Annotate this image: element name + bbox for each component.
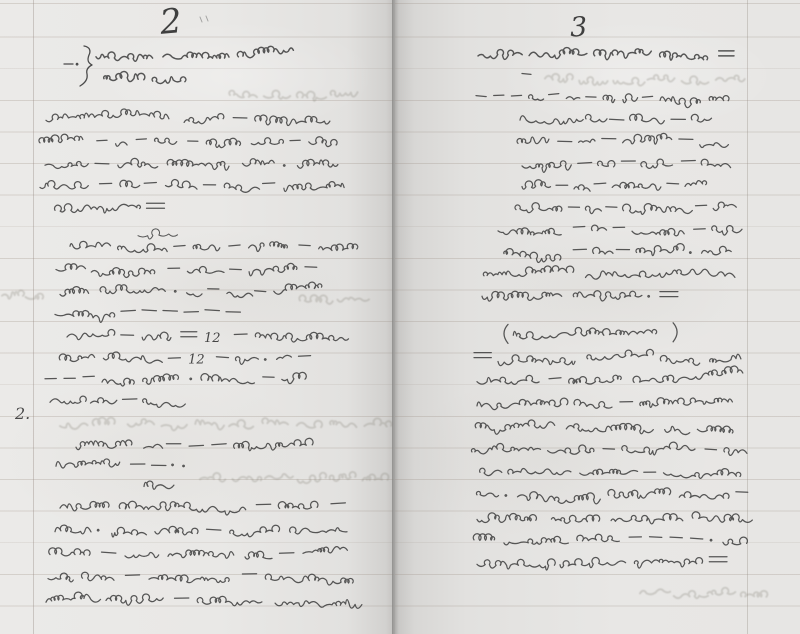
margin-marks <box>64 16 208 86</box>
manuscript-line <box>477 512 752 524</box>
manuscript-line <box>474 349 741 365</box>
manuscript-line <box>60 501 345 515</box>
manuscript-line <box>476 488 747 504</box>
manuscript-line <box>48 572 353 585</box>
manuscript-line <box>476 94 729 108</box>
bleedthrough-ghost <box>640 588 767 598</box>
manuscript-line <box>515 202 736 214</box>
manuscript-line <box>144 481 174 489</box>
manuscript-line <box>45 372 306 386</box>
manuscript-line <box>471 442 746 455</box>
manuscript-line: 12 <box>67 330 349 346</box>
manuscript-line <box>522 74 531 75</box>
manuscript-line <box>477 398 732 410</box>
brace-mark <box>64 46 92 86</box>
manuscript-line <box>473 534 747 545</box>
manuscript-line: 12 <box>59 352 310 367</box>
manuscript-line <box>76 438 313 450</box>
manuscript-line <box>46 592 362 608</box>
manuscript-line <box>498 225 742 236</box>
manuscript-line <box>40 180 344 193</box>
manuscript-line <box>477 366 743 384</box>
bleedthrough-ghosts <box>2 74 767 598</box>
manuscript-line <box>478 48 734 61</box>
bleedthrough-ghost <box>200 472 389 483</box>
bleedthrough-ghost <box>229 91 357 101</box>
stray-mark <box>200 16 208 22</box>
manuscript-line <box>517 133 728 147</box>
manuscript-text: 1212 <box>39 46 752 608</box>
manuscript-line <box>522 159 731 172</box>
bleedthrough-ghost <box>545 74 745 86</box>
bleedthrough-ghost <box>60 418 392 431</box>
manuscript-line <box>46 109 330 126</box>
manuscript-line <box>522 180 707 191</box>
manuscript-line <box>50 396 185 407</box>
manuscript-line <box>49 547 348 560</box>
manuscript-line <box>483 266 735 279</box>
manuscript-line <box>475 420 733 435</box>
manuscript-line <box>480 468 741 478</box>
manuscript-line <box>45 158 338 170</box>
manuscript-line <box>520 114 712 124</box>
manuscript-numeral: 12 <box>188 352 205 367</box>
manuscript-line <box>55 525 347 537</box>
manuscript-line <box>39 134 337 147</box>
handwriting-layer: 1212 <box>0 0 800 634</box>
manuscript-line <box>138 229 177 239</box>
manuscript-line <box>55 310 240 323</box>
manuscript-scan: 2 3 2. 1212 <box>0 0 800 634</box>
manuscript-line <box>70 241 358 252</box>
manuscript-line <box>504 244 731 263</box>
manuscript-line <box>56 459 184 468</box>
manuscript-line <box>477 557 727 570</box>
manuscript-numeral: 12 <box>204 331 221 346</box>
manuscript-line <box>104 72 186 84</box>
manuscript-line <box>482 291 678 301</box>
bleedthrough-ghost <box>299 295 369 304</box>
manuscript-line <box>56 263 317 277</box>
manuscript-line <box>96 46 293 61</box>
manuscript-line <box>60 282 322 297</box>
bleedthrough-ghost <box>2 291 43 300</box>
manuscript-line <box>504 323 677 344</box>
manuscript-line <box>55 203 165 213</box>
